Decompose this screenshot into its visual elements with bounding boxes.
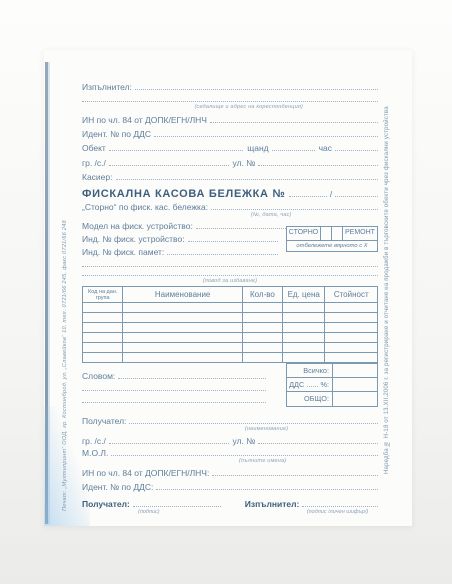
col-quantity: Кол-во: [242, 287, 282, 303]
field-label: ИН по чл. 84 от ДОПК/ЕГН/ЛНЧ: [82, 115, 210, 125]
field-label: гр. /с./: [82, 436, 109, 446]
signature-line: [133, 506, 221, 507]
field-storno-receipt: „Сторно“ по фиск. кас. бележка:: [82, 199, 378, 212]
fill-in-line: [135, 89, 378, 90]
fill-in-line: [82, 390, 266, 391]
items-table: Код на дан. група Наименование Кол-во Ед…: [82, 286, 378, 363]
col-unit-price: Ед. цена: [283, 287, 325, 303]
fill-in-line: [118, 378, 265, 379]
items-table-header: Код на дан. група Наименование Кол-во Ед…: [83, 287, 378, 303]
slovom-line-2: [82, 381, 266, 393]
issuer-signature: Изпълнител: (подпис /личен шифър/): [245, 496, 378, 515]
field-obekt: Обект щанд час: [82, 139, 378, 153]
fill-in-line: [82, 402, 266, 403]
fill-in-line: [156, 489, 378, 490]
field-label: ул. №: [229, 436, 259, 446]
printer-imprint-vertical-text: Печат: „Мултипринт“ ООД, гр. Костинброд,…: [62, 178, 71, 554]
form-title: ФИСКАЛНА КАСОВА БЕЛЕЖКА №: [82, 189, 289, 199]
field-label: Обект: [82, 143, 109, 153]
fill-in-line: [210, 122, 378, 123]
total-label: Всичко:: [287, 364, 333, 377]
photo-of-form: { "document": { "header": { "izpalnitel"…: [0, 0, 452, 584]
title-separator: /: [327, 189, 335, 199]
form-title-row: ФИСКАЛНА КАСОВА БЕЛЕЖКА № /: [82, 182, 378, 199]
field-poluchatel: Получател:: [82, 413, 378, 426]
field-izpalnitel-line2: [82, 92, 378, 104]
vat-value: [333, 378, 377, 391]
address-hint: (седалище и адрес на кореспонденция): [82, 104, 378, 111]
table-row: [83, 353, 378, 363]
fill-in-line: [335, 196, 378, 197]
field-label: Идент. № по ДДС: [82, 129, 154, 139]
table-row: [83, 313, 378, 323]
field-label: ул. №: [229, 158, 259, 168]
signature-label: Получател:: [82, 499, 133, 509]
field-label: М.О.Л.: [82, 448, 111, 458]
field-label: Изпълнител:: [82, 82, 135, 92]
reason-line-1: [82, 257, 378, 269]
regulation-reference-vertical-text: Наредба № Н-18 от 13.XII.2006 г. за реги…: [384, 62, 394, 518]
fill-in-line: [167, 254, 278, 255]
checkbox-row: СТОРНО РЕМОНТ: [287, 227, 377, 240]
storno-option-label: СТОРНО: [287, 227, 321, 240]
fill-in-line: [258, 165, 378, 166]
signature-hint: (подпис /личен шифър/): [245, 509, 378, 515]
field-label: щанд: [243, 143, 271, 153]
fill-in-line: [258, 443, 378, 444]
table-row: [83, 303, 378, 313]
field-label: Касиер:: [82, 172, 116, 182]
field-in-dopk: ИН по чл. 84 от ДОПК/ЕГН/ЛНЧ: [82, 111, 378, 125]
slovom-line-3: [82, 393, 266, 405]
total-value: [333, 364, 377, 377]
fill-in-line: [211, 209, 378, 210]
field-label: „Сторно“ по фиск. кас. бележка:: [82, 202, 211, 212]
fill-in-line: [82, 266, 378, 267]
signature-line: [302, 506, 378, 507]
totals-box: Всичко: ДДС ...... %: ОБЩО:: [286, 363, 378, 407]
field-recipient-vat-id: Идент. № по ДДС:: [82, 478, 378, 492]
fill-in-line: [335, 150, 378, 151]
fill-in-line: [109, 150, 243, 151]
remont-option-label: РЕМОНТ: [343, 227, 377, 240]
table-row: [83, 323, 378, 333]
fill-in-line: [154, 136, 378, 137]
fill-in-line: [82, 275, 378, 276]
field-label: ИН по чл. 84 от ДОПК/ЕГН/ЛНЧ:: [82, 468, 212, 478]
signature-label: Изпълнител:: [245, 499, 303, 509]
field-recipient-city: гр. /с./ ул. №: [82, 432, 378, 446]
fill-in-line: [129, 423, 378, 424]
fill-in-line: [289, 196, 326, 197]
vat-label: ДДС ...... %:: [287, 378, 333, 391]
table-row: [83, 333, 378, 343]
reason-line-2: [82, 269, 378, 278]
col-name: Наименование: [123, 287, 242, 303]
field-label: Получател:: [82, 416, 129, 426]
form-content: Изпълнител: (седалище и адрес на кореспо…: [82, 78, 378, 515]
col-amount: Стойност: [325, 287, 378, 303]
device-numbers-block: Инд. № фиск. устройство: Инд. № фиск. па…: [82, 231, 378, 257]
field-label: Модел на фиск. устройство:: [82, 221, 196, 231]
fill-in-line: [116, 179, 379, 180]
slovom-totals-block: Словом: Всичко: ДДС ...... %: ОБЩО: [82, 363, 378, 413]
fill-in-line: [109, 443, 229, 444]
storno-remont-checkbox-box: СТОРНО РЕМОНТ отбележете вярното с X: [286, 226, 378, 252]
field-izpalnitel: Изпълнител:: [82, 78, 378, 92]
fill-in-line: [82, 101, 378, 102]
fill-in-line: [109, 165, 229, 166]
vat-row: ДДС ...... %:: [287, 378, 377, 392]
remont-checkbox: [332, 227, 343, 240]
field-label: гр. /с./: [82, 158, 109, 168]
items-table-body: [83, 303, 378, 363]
field-label: Инд. № фиск. устройство:: [82, 234, 188, 244]
storno-checkbox: [321, 227, 332, 240]
field-city: гр. /с./ ул. №: [82, 153, 378, 168]
signature-hint: (подпис): [82, 509, 245, 515]
field-label: Словом:: [82, 371, 118, 381]
field-label: Идент. № по ДДС:: [82, 482, 156, 492]
fill-in-line: [188, 241, 278, 242]
field-kasier: Касиер:: [82, 168, 378, 182]
field-slovom: Словом:: [82, 368, 266, 381]
grand-total-value: [333, 392, 377, 406]
grand-total-row: ОБЩО:: [287, 392, 377, 406]
total-row: Всичко:: [287, 364, 377, 378]
fill-in-line: [272, 150, 315, 151]
reason-hint: (повод за издаване): [82, 278, 378, 285]
field-vat-id: Идент. № по ДДС: [82, 125, 378, 139]
signatures-row: Получател: (подпис) Изпълнител: (подпис …: [82, 496, 378, 515]
field-mol: М.О.Л.: [82, 446, 378, 458]
table-row: [83, 343, 378, 353]
fill-in-line: [111, 455, 378, 456]
receipt-form-paper: Печат: „Мултипринт“ ООД, гр. Костинброд,…: [44, 50, 412, 526]
col-tax-group: Код на дан. група: [83, 287, 123, 303]
recipient-signature: Получател: (подпис): [82, 496, 245, 515]
checkbox-instruction: отбележете вярното с X: [287, 240, 377, 251]
fill-in-line: [212, 475, 378, 476]
grand-total-label: ОБЩО:: [287, 392, 333, 406]
field-recipient-in-dopk: ИН по чл. 84 от ДОПК/ЕГН/ЛНЧ:: [82, 464, 378, 478]
field-label: Инд. № фиск. памет:: [82, 247, 167, 257]
field-label: час: [315, 143, 335, 153]
header-row: Код на дан. група Наименование Кол-во Ед…: [83, 287, 378, 303]
